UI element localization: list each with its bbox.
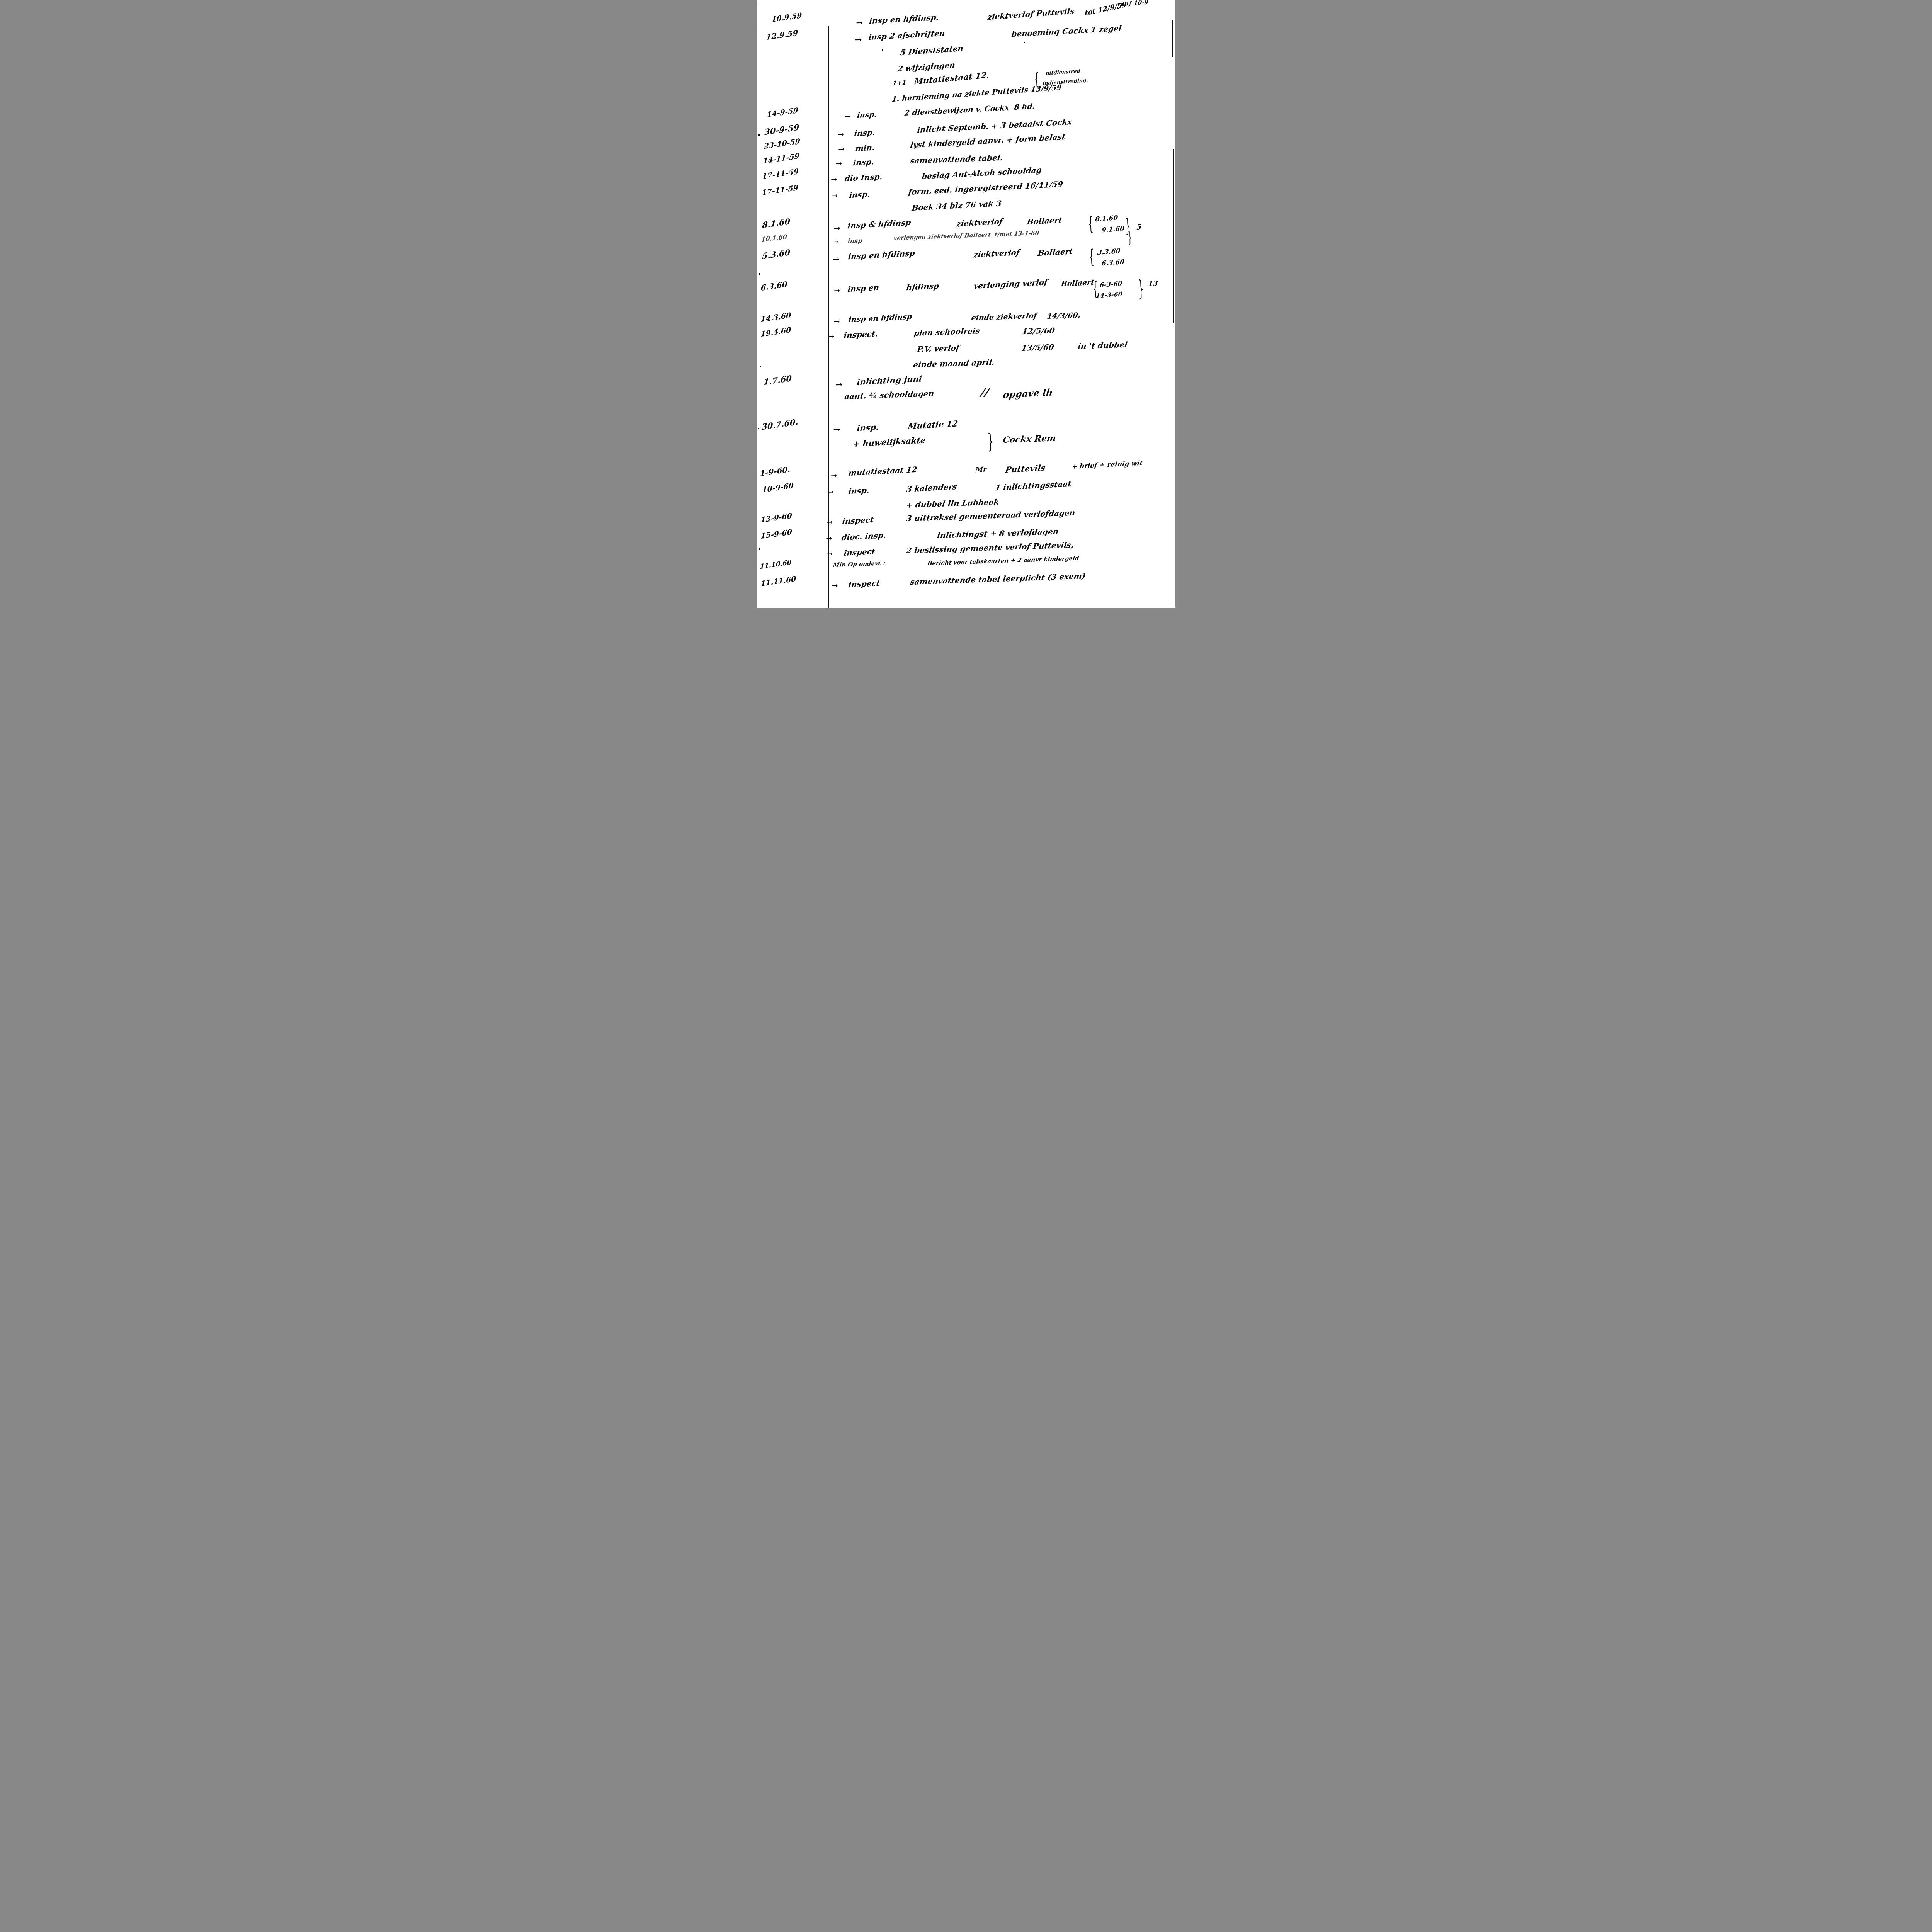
entry-date: 5.3.60 bbox=[762, 248, 790, 260]
entry-text: insp en hfdinsp. bbox=[869, 14, 939, 25]
entry-date: 13-9-60 bbox=[760, 512, 792, 524]
brace: } bbox=[1138, 279, 1144, 301]
entry-text: 5 bbox=[1136, 224, 1142, 231]
entry-text: ziektverlof Puttevils bbox=[987, 7, 1075, 21]
entry-text: samenvattende tabel. bbox=[910, 154, 1003, 165]
entry-text: 8.1.60 bbox=[1095, 215, 1118, 223]
entry-text: 1+1 bbox=[892, 80, 906, 87]
entry-text: 13/5/60 bbox=[1021, 343, 1054, 352]
entry-text: insp en hfdinsp bbox=[848, 313, 912, 324]
arrow-icon: → bbox=[833, 239, 838, 245]
entry-text: 14/3/60. bbox=[1046, 312, 1081, 320]
entry-text: Bericht voor tabskaarten + 2 aanvr kinde… bbox=[927, 555, 1079, 566]
margin-note: van∫ 10-9 bbox=[1117, 0, 1148, 7]
entry-text: + brief + reinig wit bbox=[1071, 460, 1143, 470]
entry-text: 9.1.60 bbox=[1101, 226, 1125, 234]
entry-date: 10.9.59 bbox=[771, 12, 802, 24]
brace: } bbox=[987, 431, 994, 451]
entry-text: inspect. bbox=[843, 330, 878, 339]
entry-text: inlichting juni bbox=[856, 374, 922, 386]
entry-date: 15-9-60 bbox=[760, 529, 792, 541]
entry-text: + dubbel lln Lubbeek bbox=[906, 498, 1000, 509]
arrow-icon: → bbox=[844, 113, 851, 121]
entry-text: 3 uittreksel gemeenteraad verlofdagen bbox=[906, 509, 1076, 522]
page-edge-mark bbox=[1173, 149, 1174, 323]
entry-text: Mr bbox=[975, 466, 987, 474]
entry-text: insp 2 afschriften bbox=[868, 29, 945, 41]
entry-text: benoeming Cockx 1 zegel bbox=[1011, 24, 1122, 38]
entry-text: einde maand april. bbox=[913, 358, 995, 369]
entry-text: 6-3-60 bbox=[1099, 281, 1122, 288]
entry-date: 12.9.59 bbox=[766, 29, 798, 41]
entry-text: insp en hfdinsp bbox=[847, 249, 915, 260]
entry-text: 5 Dienststaten bbox=[900, 44, 963, 57]
scanned-ledger-page: 10.9.59→insp en hfdinsp.ziektverlof Putt… bbox=[757, 0, 1175, 608]
entry-text: lyst kindergeld aanvr. + form belast bbox=[910, 133, 1066, 149]
entry-text: P.V. verlof bbox=[917, 344, 960, 353]
annotation: uitdienstred bbox=[1045, 69, 1080, 76]
arrow-icon: → bbox=[835, 159, 842, 167]
entry-text: aant. ½ schooldagen bbox=[844, 389, 935, 400]
entry-date: 8.1.60 bbox=[762, 217, 790, 229]
entry-text: Cockx Rem bbox=[1002, 434, 1056, 444]
entry-text: insp. bbox=[852, 158, 874, 167]
arrow-icon: → bbox=[827, 519, 833, 526]
entry-text: insp bbox=[847, 238, 862, 244]
entry-date: 14-11-59 bbox=[763, 153, 799, 165]
entry-text: insp. bbox=[856, 423, 879, 432]
arrow-icon: → bbox=[830, 471, 837, 480]
arrow-icon: → bbox=[856, 18, 863, 27]
arrow-icon: → bbox=[828, 333, 835, 340]
entry-text: insp & hfdinsp bbox=[847, 218, 911, 230]
entry-text: 6.3.60 bbox=[1101, 259, 1125, 267]
entry-text: min. bbox=[855, 143, 875, 152]
entry-date: 10.1.60 bbox=[761, 234, 787, 243]
entry-text: + huwelijksakte bbox=[852, 436, 926, 448]
arrow-icon: → bbox=[855, 35, 862, 44]
arrow-icon: → bbox=[833, 318, 840, 326]
entry-text: inlicht Septemb. + 3 betaalst Cockx bbox=[917, 118, 1072, 134]
entry-date: 11.10.60 bbox=[760, 559, 792, 570]
entry-text: mutatiestaat 12 bbox=[848, 466, 917, 477]
arrow-icon: → bbox=[833, 286, 840, 294]
entry-text: opgave lh bbox=[1002, 388, 1053, 400]
entry-text: 3 kalenders bbox=[906, 483, 957, 493]
arrow-icon: → bbox=[833, 224, 840, 232]
entry-date: 1-9-60. bbox=[760, 465, 790, 477]
arrow-icon: → bbox=[832, 192, 838, 200]
entry-text: 2 wijzigingen bbox=[897, 61, 955, 73]
entry-text: insp. bbox=[856, 111, 877, 119]
entry-text: form. eed. ingeregistreerd 16/11/59 bbox=[908, 180, 1063, 196]
entry-text: Mutatie 12 bbox=[907, 419, 958, 430]
entry-text: plan schoolreis bbox=[913, 327, 980, 337]
scan-noise-specks bbox=[759, 3, 759, 4]
entry-text: Bollaert bbox=[1026, 216, 1062, 226]
entry-date: 6.3.60 bbox=[760, 280, 787, 292]
arrow-icon: → bbox=[828, 488, 834, 496]
entry-text: ziektverlof bbox=[973, 248, 1020, 259]
entry-date: 14.3.60 bbox=[760, 312, 791, 323]
arrow-icon: → bbox=[832, 582, 838, 590]
page-edge-mark bbox=[1172, 20, 1173, 57]
entry-date: 14-9-59 bbox=[767, 107, 798, 119]
entry-text: insp. bbox=[849, 190, 871, 199]
entry-text: 1. hernieming na ziekte Puttevils 13/9/5… bbox=[891, 84, 1061, 103]
entry-text: dio Insp. bbox=[844, 173, 883, 182]
entry-text: inlichtingst + 8 verlofdagen bbox=[937, 527, 1059, 539]
entry-text: inspect bbox=[843, 548, 876, 557]
entry-text: Min Op ondew. : bbox=[832, 560, 886, 568]
entry-text: inspect bbox=[848, 579, 880, 588]
entry-date: 17-11-59 bbox=[762, 168, 799, 181]
arrow-icon: → bbox=[826, 535, 832, 543]
entry-date: 30-9-59 bbox=[764, 123, 799, 136]
brace: { bbox=[1088, 216, 1094, 235]
brace: { bbox=[1088, 248, 1095, 267]
entry-text: Puttevils bbox=[1005, 464, 1046, 474]
arrow-icon: → bbox=[833, 425, 840, 434]
entry-text: ziektverlof bbox=[956, 218, 1003, 228]
arrow-icon: → bbox=[833, 255, 840, 263]
arrow-icon: → bbox=[827, 550, 833, 558]
entry-text: Bollaert bbox=[1060, 279, 1095, 288]
entry-text: verlenging verlof bbox=[973, 278, 1048, 290]
entry-text: hfdinsp bbox=[906, 282, 939, 292]
entry-text: dioc. insp. bbox=[841, 531, 886, 541]
entry-date: 11.11.60 bbox=[760, 575, 796, 588]
entry-text: Bollaert bbox=[1037, 247, 1073, 257]
entry-text: einde ziekverlof bbox=[971, 312, 1037, 322]
entry-text: // bbox=[980, 387, 990, 398]
entry-text: 13 bbox=[1148, 280, 1158, 287]
entry-date: 23-10-59 bbox=[764, 138, 800, 151]
entry-text: in 't dubbel bbox=[1077, 341, 1128, 350]
entry-text: samenvattende tabel leerplicht (3 exem) bbox=[910, 572, 1086, 586]
entry-text: insp. bbox=[848, 486, 870, 495]
arrow-icon: → bbox=[838, 145, 845, 153]
entry-text: Boek 34 blz 76 vak 3 bbox=[911, 199, 1002, 212]
entry-text: insp en bbox=[847, 284, 879, 293]
entry-text: 12/5/60 bbox=[1022, 327, 1055, 335]
entry-text: insp. bbox=[854, 128, 876, 137]
entry-date: 1.7.60 bbox=[764, 374, 792, 386]
entry-date: 19.4.60 bbox=[760, 327, 791, 338]
arrow-icon: → bbox=[837, 130, 844, 138]
brace: } bbox=[1127, 230, 1133, 245]
entry-text: beslag Ant-Alcoh schooldag bbox=[921, 166, 1042, 180]
entry-date: 10-9-60 bbox=[762, 482, 794, 494]
entry-text: 2 dienstbewijzen v. Cockx 8 hd. bbox=[904, 103, 1035, 117]
entry-text: 1 inlichtingsstaat bbox=[995, 480, 1071, 492]
arrow-icon: → bbox=[835, 380, 842, 389]
arrow-icon: → bbox=[831, 176, 837, 184]
entry-date: 17-11-59 bbox=[762, 184, 798, 197]
entry-text: inspect bbox=[842, 516, 874, 525]
entry-text: 14-3-60 bbox=[1095, 291, 1122, 299]
entry-text: 2 beslissing gemeente verlof Puttevils, bbox=[906, 541, 1074, 554]
entry-date: 30.7.60. bbox=[762, 418, 798, 431]
entry-text: Mutatiestaat 12. bbox=[914, 71, 990, 85]
entry-text: 3.3.60 bbox=[1097, 248, 1121, 256]
entry-text: verlengen ziektverlof Bollaert t/met 13-… bbox=[893, 230, 1039, 241]
